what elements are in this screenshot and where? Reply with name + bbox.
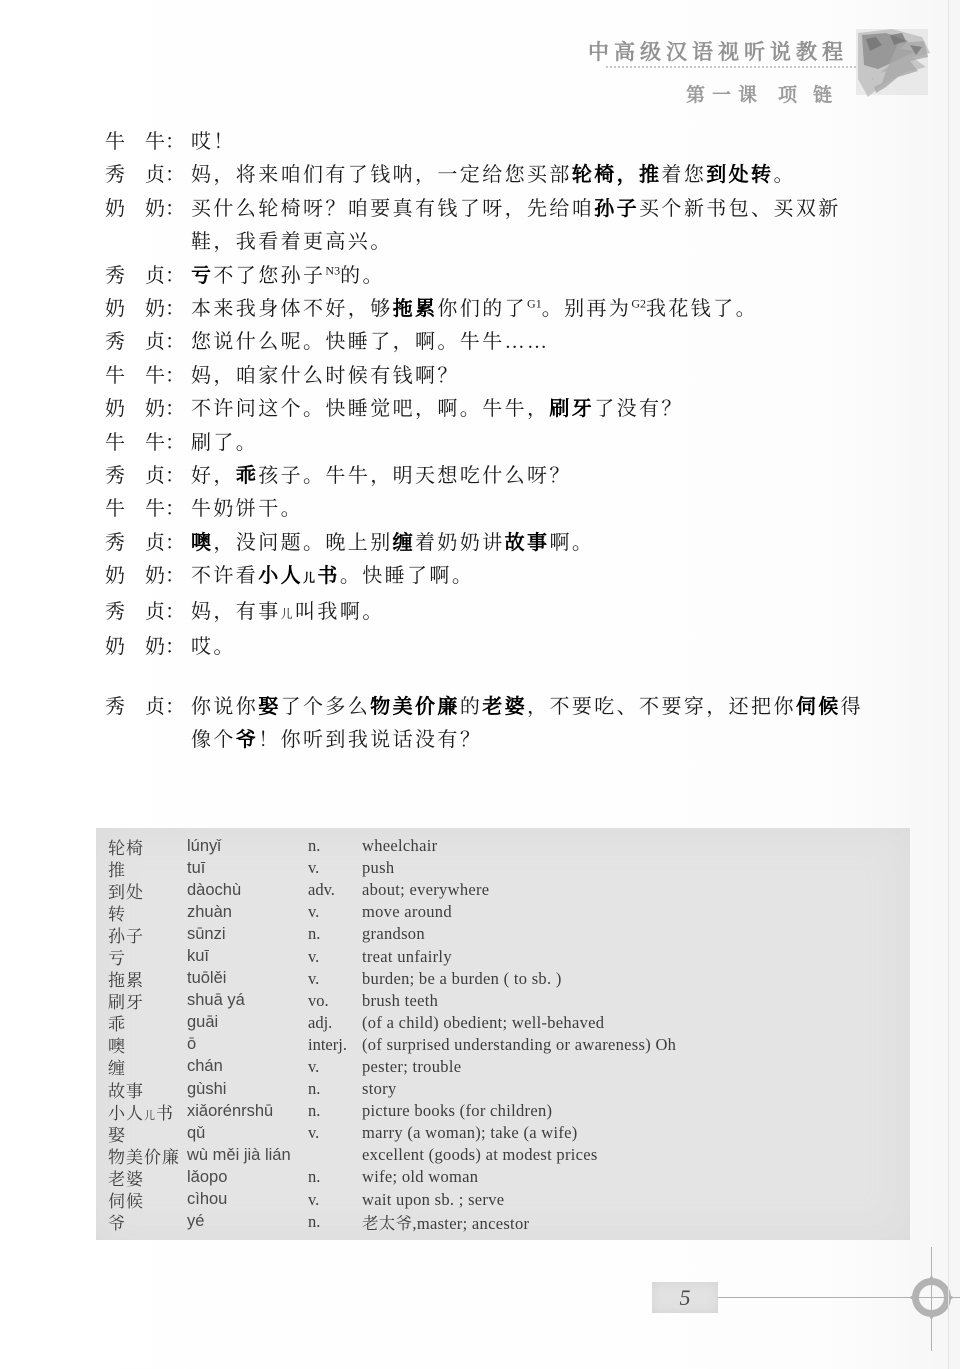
vocab-pinyin: xiǎorénrshū	[187, 1102, 308, 1121]
vocab-pos: adj.	[308, 1013, 362, 1033]
vocab-pinyin: wù měi jià lián	[187, 1146, 308, 1165]
lesson-heading: 第一课项链	[686, 80, 848, 107]
dialogue: 牛 牛：哎！秀 贞：妈，将来咱们有了钱呐，一定给您买部轮椅，推着您到处转。奶 奶…	[105, 126, 875, 757]
speaker-name: 奶 奶：	[105, 631, 191, 664]
dialogue-line: 奶 奶：不许问这个。快睡觉吧，啊。牛牛，刷牙了没有？	[105, 393, 875, 426]
dialogue-text: 刷了。	[191, 427, 873, 460]
vocab-row: 物美价廉wù měi jià liánexcellent (goods) at …	[96, 1144, 910, 1166]
vocab-definition: about; everywhere	[362, 880, 910, 900]
dialogue-text: 本来我身体不好，够拖累你们的了G1。别再为G2我花钱了。	[191, 293, 873, 326]
vocab-row: 乖guāiadj.(of a child) obedient; well-beh…	[96, 1012, 910, 1034]
vocab-definition: (of a child) obedient; well-behaved	[362, 1013, 910, 1033]
vocab-pos: v.	[308, 858, 362, 878]
vocab-row: 刷牙shuā yávo.brush teeth	[96, 990, 910, 1012]
dialogue-line: 秀 贞：妈，有事儿叫我啊。	[105, 596, 875, 631]
dialogue-text: 牛奶饼干。	[191, 493, 873, 526]
vocab-row: 故事gùshin.story	[96, 1078, 910, 1100]
dialogue-line: 奶 奶：哎。	[105, 631, 875, 664]
vocab-definition: burden; be a burden ( to sb. )	[362, 969, 910, 989]
sculpture-art-icon	[852, 27, 936, 109]
vocab-pos: n.	[308, 1212, 362, 1232]
dialogue-line: 牛 牛：哎！	[105, 126, 875, 159]
vocab-pos: adv.	[308, 880, 362, 900]
dialogue-line: 秀 贞：妈，将来咱们有了钱呐，一定给您买部轮椅，推着您到处转。	[105, 159, 875, 192]
vocab-row: 娶qǔv.marry (a woman); take (a wife)	[96, 1122, 910, 1144]
dialogue-text: 哎。	[191, 631, 873, 664]
vocab-pinyin: gùshi	[187, 1080, 308, 1099]
dialogue-line: 牛 牛：牛奶饼干。	[105, 493, 875, 526]
dialogue-line: 秀 贞：好，乖孩子。牛牛，明天想吃什么呀？	[105, 460, 875, 493]
vocab-pinyin: shuā yá	[187, 991, 308, 1010]
vocab-pinyin: cìhou	[187, 1190, 308, 1209]
dialogue-text: 妈，将来咱们有了钱呐，一定给您买部轮椅，推着您到处转。	[191, 159, 873, 192]
vocab-row: 转zhuànv.move around	[96, 901, 910, 923]
dialogue-text: 买什么轮椅呀？咱要真有钱了呀，先给咱孙子买个新书包、买双新鞋，我看着更高兴。	[191, 193, 873, 260]
dialogue-text: 不许看小人儿书。快睡了啊。	[191, 560, 873, 595]
vocab-pos: v.	[308, 902, 362, 922]
vocab-definition: marry (a woman); take (a wife)	[362, 1123, 910, 1143]
dialogue-text: 妈，咱家什么时候有钱啊？	[191, 360, 873, 393]
vocab-panel: 轮椅lúnyǐn.wheelchair推tuīv.push到处dàochùadv…	[96, 828, 910, 1240]
speaker-name: 秀 贞：	[105, 159, 191, 192]
vocab-pinyin: tuī	[187, 859, 308, 878]
vocab-pinyin: yé	[187, 1212, 308, 1231]
vocab-pinyin: chán	[187, 1057, 308, 1076]
vocab-row: 孙子sūnzin.grandson	[96, 923, 910, 945]
vocab-pinyin: zhuàn	[187, 903, 308, 922]
dialogue-text: 好，乖孩子。牛牛，明天想吃什么呀？	[191, 460, 873, 493]
dialogue-text: 妈，有事儿叫我啊。	[191, 596, 873, 631]
ring-ornament-icon	[903, 1269, 960, 1326]
speaker-name: 牛 牛：	[105, 126, 191, 159]
speaker-name: 秀 贞：	[105, 260, 191, 293]
dialogue-line: 秀 贞：你说你娶了个多么物美价廉的老婆，不要吃、不要穿，还把你伺候得像个爷！你听…	[105, 691, 875, 758]
vocab-pinyin: lǎopo	[187, 1168, 308, 1187]
vocab-pos: vo.	[308, 991, 362, 1011]
page-number-box: 5	[652, 1282, 718, 1313]
vocab-definition: grandson	[362, 924, 910, 944]
dialogue-line: 奶 奶：买什么轮椅呀？咱要真有钱了呀，先给咱孙子买个新书包、买双新鞋，我看着更高…	[105, 193, 875, 260]
speaker-name: 秀 贞：	[105, 326, 191, 359]
vocab-definition: move around	[362, 902, 910, 922]
vocab-row: 拖累tuōlěiv.burden; be a burden ( to sb. )	[96, 968, 910, 990]
vocab-row: 缠chánv.pester; trouble	[96, 1056, 910, 1078]
vocab-pos: interj.	[308, 1035, 362, 1055]
footer-ornament	[903, 1269, 960, 1326]
vocab-pos: v.	[308, 1057, 362, 1077]
speaker-name: 秀 贞：	[105, 460, 191, 493]
vocab-definition: 老太爷,master; ancestor	[362, 1210, 910, 1234]
lesson-title: 项链	[778, 85, 848, 106]
lesson-label: 第一课	[686, 85, 764, 106]
speaker-name: 秀 贞：	[105, 691, 191, 724]
dialogue-text: 您说什么呢。快睡了，啊。牛牛……	[191, 326, 873, 359]
page-number: 5	[680, 1285, 691, 1311]
vocab-pinyin: tuōlěi	[187, 969, 308, 988]
speaker-name: 秀 贞：	[105, 527, 191, 560]
vocab-definition: picture books (for children)	[362, 1101, 910, 1121]
dialogue-line: 奶 奶：本来我身体不好，够拖累你们的了G1。别再为G2我花钱了。	[105, 293, 875, 326]
vocab-word: 爷	[108, 1209, 187, 1234]
vocab-definition: brush teeth	[362, 991, 910, 1011]
vocab-row: 轮椅lúnyǐn.wheelchair	[96, 835, 910, 857]
dialogue-line: 牛 牛：妈，咱家什么时候有钱啊？	[105, 360, 875, 393]
dialogue-text: 你说你娶了个多么物美价廉的老婆，不要吃、不要穿，还把你伺候得像个爷！你听到我说话…	[191, 691, 873, 758]
speaker-name: 秀 贞：	[105, 596, 191, 629]
dialogue-text: 噢，没问题。晚上别缠着奶奶讲故事啊。	[191, 527, 873, 560]
vocab-definition: excellent (goods) at modest prices	[362, 1145, 910, 1165]
speaker-name: 奶 奶：	[105, 393, 191, 426]
vocab-definition: wait upon sb. ; serve	[362, 1190, 910, 1210]
vocab-row: 老婆lǎopon.wife; old woman	[96, 1166, 910, 1188]
vocab-definition: wife; old woman	[362, 1167, 910, 1187]
vocab-row: 噢ōinterj.(of surprised understanding or …	[96, 1034, 910, 1056]
vocab-row: 小人儿书xiǎorénrshūn.picture books (for chil…	[96, 1100, 910, 1122]
dialogue-line: 牛 牛：刷了。	[105, 427, 875, 460]
vocab-pinyin: ō	[187, 1035, 308, 1054]
dialogue-text: 哎！	[191, 126, 873, 159]
dialogue-line: 秀 贞：您说什么呢。快睡了，啊。牛牛……	[105, 326, 875, 359]
textbook-page: 中高级汉语视听说教程 第一课项链 牛 牛：哎！秀 贞：妈，将来咱们有了钱呐，一定…	[0, 0, 960, 1369]
vocab-pos: n.	[308, 1101, 362, 1121]
vocab-row: 伺候cìhouv.wait upon sb. ; serve	[96, 1189, 910, 1211]
vocab-pos: v.	[308, 947, 362, 967]
vocab-pos: v.	[308, 1190, 362, 1210]
speaker-name: 奶 奶：	[105, 193, 191, 226]
speaker-name: 牛 牛：	[105, 493, 191, 526]
speaker-name: 奶 奶：	[105, 560, 191, 593]
vocab-pos: n.	[308, 1167, 362, 1187]
vocab-pinyin: kuī	[187, 947, 308, 966]
vocab-pos: v.	[308, 1123, 362, 1143]
vocab-pinyin: lúnyǐ	[187, 837, 308, 856]
vocab-pinyin: sūnzi	[187, 925, 308, 944]
speaker-name: 牛 牛：	[105, 427, 191, 460]
vocab-definition: treat unfairly	[362, 947, 910, 967]
dialogue-text: 亏不了您孙子N3的。	[191, 260, 873, 293]
vocab-pinyin: guāi	[187, 1013, 308, 1032]
dialogue-text: 不许问这个。快睡觉吧，啊。牛牛，刷牙了没有？	[191, 393, 873, 426]
vocab-pos: n.	[308, 924, 362, 944]
vocab-pinyin: qǔ	[187, 1124, 308, 1143]
vocab-pos: n.	[308, 1079, 362, 1099]
scan-edge-line	[948, 0, 949, 1369]
header-artwork-image	[852, 27, 936, 109]
vocab-pos: v.	[308, 969, 362, 989]
vocab-pinyin: dàochù	[187, 881, 308, 900]
vocab-definition: (of surprised understanding or awareness…	[362, 1035, 910, 1055]
speaker-name: 牛 牛：	[105, 360, 191, 393]
vocab-definition: pester; trouble	[362, 1057, 910, 1077]
vocab-row: 到处dàochùadv.about; everywhere	[96, 879, 910, 901]
vocab-row: 推tuīv.push	[96, 857, 910, 879]
speaker-name: 奶 奶：	[105, 293, 191, 326]
vocab-row: 爷yén.老太爷,master; ancestor	[96, 1211, 910, 1233]
dialogue-line: 奶 奶：不许看小人儿书。快睡了啊。	[105, 560, 875, 595]
dialogue-line: 秀 贞：亏不了您孙子N3的。	[105, 260, 875, 293]
vocab-definition: story	[362, 1079, 910, 1099]
vocab-pos: n.	[308, 836, 362, 856]
vocab-definition: push	[362, 858, 910, 878]
vocab-row: 亏kuīv.treat unfairly	[96, 945, 910, 967]
vocab-definition: wheelchair	[362, 836, 910, 856]
dialogue-line: 秀 贞：噢，没问题。晚上别缠着奶奶讲故事啊。	[105, 527, 875, 560]
dotted-divider	[606, 66, 856, 68]
series-title: 中高级汉语视听说教程	[588, 36, 848, 66]
